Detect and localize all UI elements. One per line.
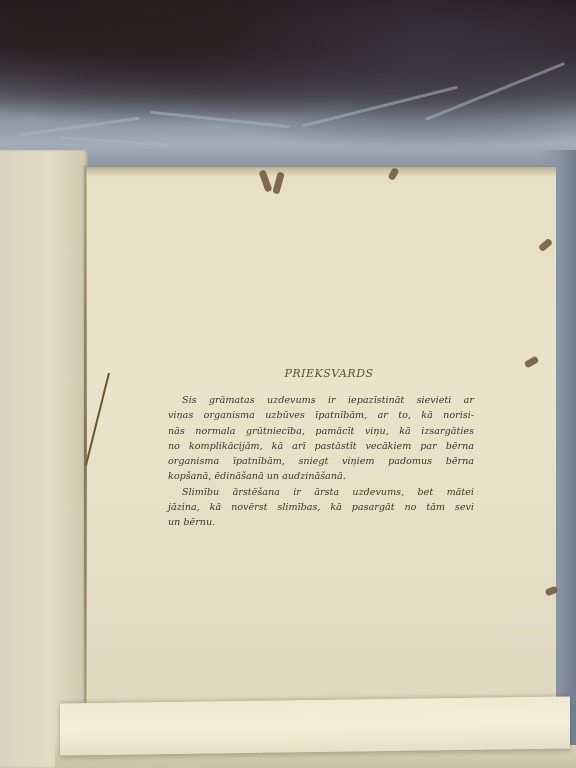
text-line: kopšanā, ēdināšanā un audzināšanā. (168, 469, 474, 484)
page-title: PRIEKSVARDS (184, 367, 474, 380)
text-line: un bērnu. (168, 515, 474, 530)
text-line: viņas organisma uzbūves īpatnībām, ar to… (168, 408, 474, 423)
text-line: jāzina, kā novērst slimības, kā pasargāt… (168, 500, 474, 515)
left-page (0, 150, 88, 768)
page-top-shadow (86, 167, 556, 177)
paragraph-2: Slimību ārstēšana ir ārsta uzdevums, bet… (168, 485, 474, 531)
text-line: Slimību ārstēšana ir ārsta uzdevums, bet… (168, 485, 474, 500)
book-gutter (84, 165, 87, 725)
text-line: Sis grāmatas uzdevums ir iepazīstināt si… (168, 393, 474, 408)
text-line: no komplikācijām, kā arī pastāstīt vecāk… (168, 439, 474, 454)
text-line: organisma īpatnībām, sniegt viņiem padom… (168, 454, 474, 469)
folded-page-edge (60, 696, 570, 755)
paragraph-1: Sis grāmatas uzdevums ir iepazīstināt si… (168, 393, 474, 485)
foreword-content: PRIEKSVARDS Sis grāmatas uzdevums ir iep… (168, 367, 474, 531)
text-line: nās normala grūtniecība, pamācīt viņu, k… (168, 424, 474, 439)
